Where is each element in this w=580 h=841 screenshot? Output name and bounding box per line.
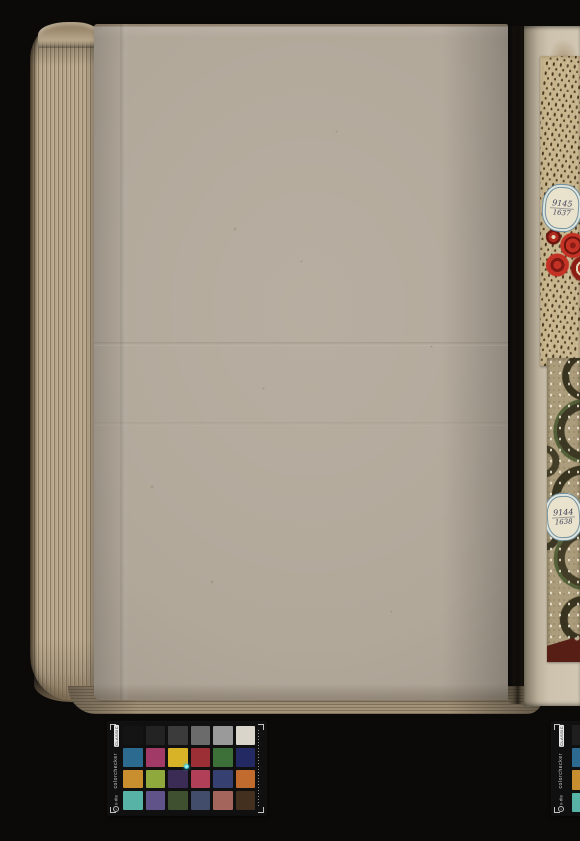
colorchecker-label-strip: CLASSIC colorchecker x x-rite	[554, 722, 568, 815]
colorchecker-patch-sliver	[572, 793, 580, 813]
colorchecker-patch	[213, 791, 233, 810]
colorchecker-patch-sliver	[572, 748, 580, 768]
classic-badge: CLASSIC	[559, 725, 564, 747]
colorchecker-patch	[146, 770, 166, 789]
colorchecker-patch	[236, 748, 256, 767]
colorchecker-patch	[213, 726, 233, 745]
swatch-inventory-tag: 9144 1638	[547, 495, 580, 539]
registration-mark-icon	[258, 807, 264, 813]
fine-print-text	[258, 730, 262, 807]
colorchecker-patch	[236, 726, 256, 745]
xrite-logo-icon: x	[113, 806, 119, 812]
colorchecker-patch	[146, 791, 166, 810]
colorchecker-card-partial: CLASSIC colorchecker x x-rite	[552, 722, 580, 815]
colorchecker-patch	[191, 770, 211, 789]
colorchecker-label-strip: CLASSIC colorchecker x x-rite	[109, 722, 123, 815]
xrite-logo: x x-rite	[113, 795, 119, 812]
fabric-swatch-paisley: 9144 1638	[547, 358, 580, 662]
recto-page-sliver: 9145 1637 9144 1638	[524, 26, 580, 706]
colorchecker-grid	[123, 726, 255, 810]
swatch-inventory-tag: 9145 1637	[544, 186, 580, 230]
blank-verso-page	[94, 24, 508, 700]
xrite-brand-text: x-rite	[114, 795, 119, 805]
colorchecker-patch	[191, 791, 211, 810]
colorchecker-patch	[146, 726, 166, 745]
xrite-logo-icon: x	[558, 806, 564, 812]
colorchecker-patch	[213, 748, 233, 767]
colorchecker-patch	[123, 748, 143, 767]
colorchecker-wordmark: colorchecker	[558, 753, 564, 789]
colorchecker-right-slivers	[572, 725, 580, 812]
colorchecker-patch	[168, 791, 188, 810]
foxing-spot	[150, 485, 154, 489]
foxing-spot	[430, 345, 433, 348]
page-crease	[94, 422, 508, 426]
fabric-swatch-dotted: 9145 1637	[540, 56, 580, 366]
colorchecker-patch	[191, 748, 211, 767]
foxing-spot	[300, 260, 303, 263]
tag-number-secondary: 1637	[549, 207, 573, 218]
archival-photo-scene: 9145 1637 9144 1638 CLASSIC color	[0, 0, 580, 841]
colorchecker-wordmark: colorchecker	[113, 753, 119, 789]
book: 9145 1637 9144 1638	[26, 20, 580, 712]
colorchecker-patch	[123, 791, 143, 810]
colorchecker-patch	[146, 748, 166, 767]
tag-number-secondary: 1638	[552, 516, 576, 526]
colorchecker-patch	[123, 770, 143, 789]
foxing-spot	[335, 130, 338, 133]
xrite-logo: x x-rite	[558, 795, 564, 812]
colorchecker-patch	[168, 770, 188, 789]
foxing-spot	[210, 580, 214, 584]
colorchecker-card: CLASSIC colorchecker x x-rite	[108, 722, 266, 815]
foxing-spot	[262, 387, 265, 390]
foxing-spot	[390, 610, 393, 613]
page-hinge-highlight	[120, 24, 130, 700]
colorchecker-patch	[213, 770, 233, 789]
colorchecker-patch	[236, 791, 256, 810]
colorchecker-patch	[123, 726, 143, 745]
colorchecker-patch	[168, 726, 188, 745]
foxing-spot	[233, 227, 237, 231]
colorchecker-patch-sliver	[572, 770, 580, 790]
colorchecker-patch-sliver	[572, 725, 580, 745]
cyan-marker-dot	[184, 764, 189, 769]
page-crease	[94, 342, 508, 346]
colorchecker-patch	[191, 726, 211, 745]
colorchecker-patch	[236, 770, 256, 789]
xrite-brand-text: x-rite	[559, 795, 564, 805]
page-stack-fore-edge	[30, 26, 98, 700]
classic-badge: CLASSIC	[114, 725, 119, 747]
